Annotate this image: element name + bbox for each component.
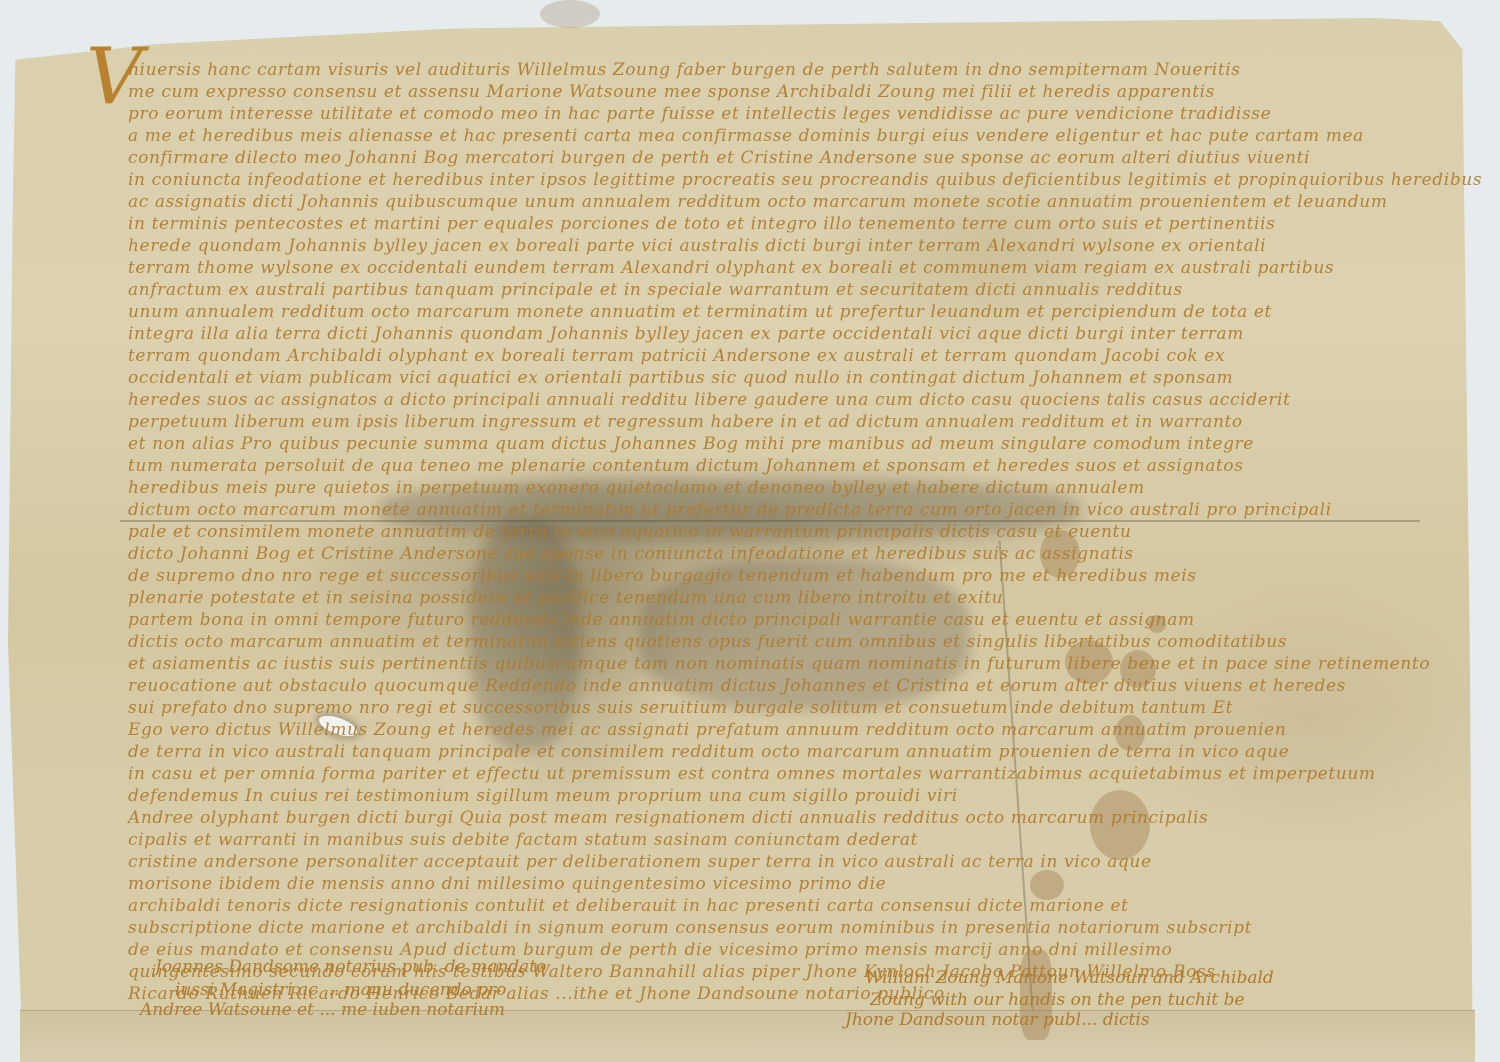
text-line: pro eorum interesse utilitate et comodo …: [128, 104, 1271, 124]
text-line: me cum expresso consensu et assensu Mari…: [128, 82, 1215, 102]
text-line: defendemus In cuius rei testimonium sigi…: [128, 786, 958, 806]
text-line: unum annualem redditum octo marcarum mon…: [128, 302, 1272, 322]
signature-line: Zoung with our handis on the pen tuchit …: [870, 990, 1245, 1010]
text-line: herede quondam Johannis bylley jacen ex …: [128, 236, 1266, 256]
text-line: in terminis pentecostes et martini per e…: [128, 214, 1275, 234]
text-line: dictum octo marcarum monete annuatim et …: [128, 500, 1332, 520]
text-line: Andree olyphant burgen dicti burgi Quia …: [128, 808, 1208, 828]
text-line: heredes suos ac assignatos a dicto princ…: [128, 390, 1291, 410]
text-line: et non alias Pro quibus pecunie summa qu…: [128, 434, 1254, 454]
text-line: a me et heredibus meis alienasse et hac …: [128, 126, 1364, 146]
text-line: dictis octo marcarum annuatim et termina…: [128, 632, 1287, 652]
text-line: dicto Johanni Bog et Cristine Andersone …: [128, 544, 1134, 564]
text-line: partem bona in omni tempore futuro redde…: [128, 610, 1195, 630]
text-line: terram thome wylsone ex occidentali eund…: [128, 258, 1334, 278]
text-line: archibaldi tenoris dicte resignationis c…: [128, 896, 1129, 916]
text-line: de terra in vico australi tanquam princi…: [128, 742, 1289, 762]
text-line: pale et consimilem monete annuatim de te…: [128, 522, 1132, 542]
text-line: heredibus meis pure quietos in perpetuum…: [128, 478, 1145, 498]
signature-line: William Zoung Marione Watsoun and Archib…: [865, 968, 1274, 988]
text-line: tum numerata persoluit de qua teneo me p…: [128, 456, 1244, 476]
text-line: plenarie potestate et in seisina posside…: [128, 588, 1003, 608]
text-line: integra illa alia terra dicti Johannis q…: [128, 324, 1244, 344]
text-line: terram quondam Archibaldi olyphant ex bo…: [128, 346, 1225, 366]
signature-line: Joannes Dandsome notarius pub. de mandat…: [155, 957, 546, 977]
signature-line: Jhone Dandsoun notar publ... dictis: [845, 1010, 1150, 1030]
text-line: anfractum ex australi partibus tanquam p…: [128, 280, 1183, 300]
text-line: confirmare dilecto meo Johanni Bog merca…: [128, 148, 1310, 168]
text-line: reuocatione aut obstaculo quocumque Redd…: [128, 676, 1346, 696]
text-line: et asiamentis ac iustis suis pertinentii…: [128, 654, 1430, 674]
ink-spot: [540, 0, 600, 28]
text-line: cristine andersone personaliter acceptau…: [128, 852, 1152, 872]
text-line: Ego vero dictus Willelmus Zoung et hered…: [128, 720, 1286, 740]
text-line: morisone ibidem die mensis anno dni mill…: [128, 874, 886, 894]
text-line: de supremo dno nro rege et successoribus…: [128, 566, 1197, 586]
text-line: subscriptione dicte marione et archibald…: [128, 918, 1252, 938]
text-line: in casu et per omnia forma pariter et ef…: [128, 764, 1376, 784]
text-line: sui prefato dno supremo nro regi et succ…: [128, 698, 1233, 718]
text-line: ac assignatis dicti Johannis quibuscumqu…: [128, 192, 1388, 212]
text-line: in coniuncta infeodatione et heredibus i…: [128, 170, 1482, 190]
text-line: perpetuum liberum eum ipsis liberum ingr…: [128, 412, 1243, 432]
text-line: cipalis et warranti in manibus suis debi…: [128, 830, 918, 850]
text-line: occidentali et viam publicam vici aquati…: [128, 368, 1233, 388]
signature-line: Andree Watsoune et ... me iuben notarium: [140, 1000, 505, 1020]
text-line: niuersis hanc cartam visuris vel auditur…: [128, 60, 1241, 80]
signature-line: iussi Magistri ac ... manu ducendo pro: [175, 980, 506, 1000]
